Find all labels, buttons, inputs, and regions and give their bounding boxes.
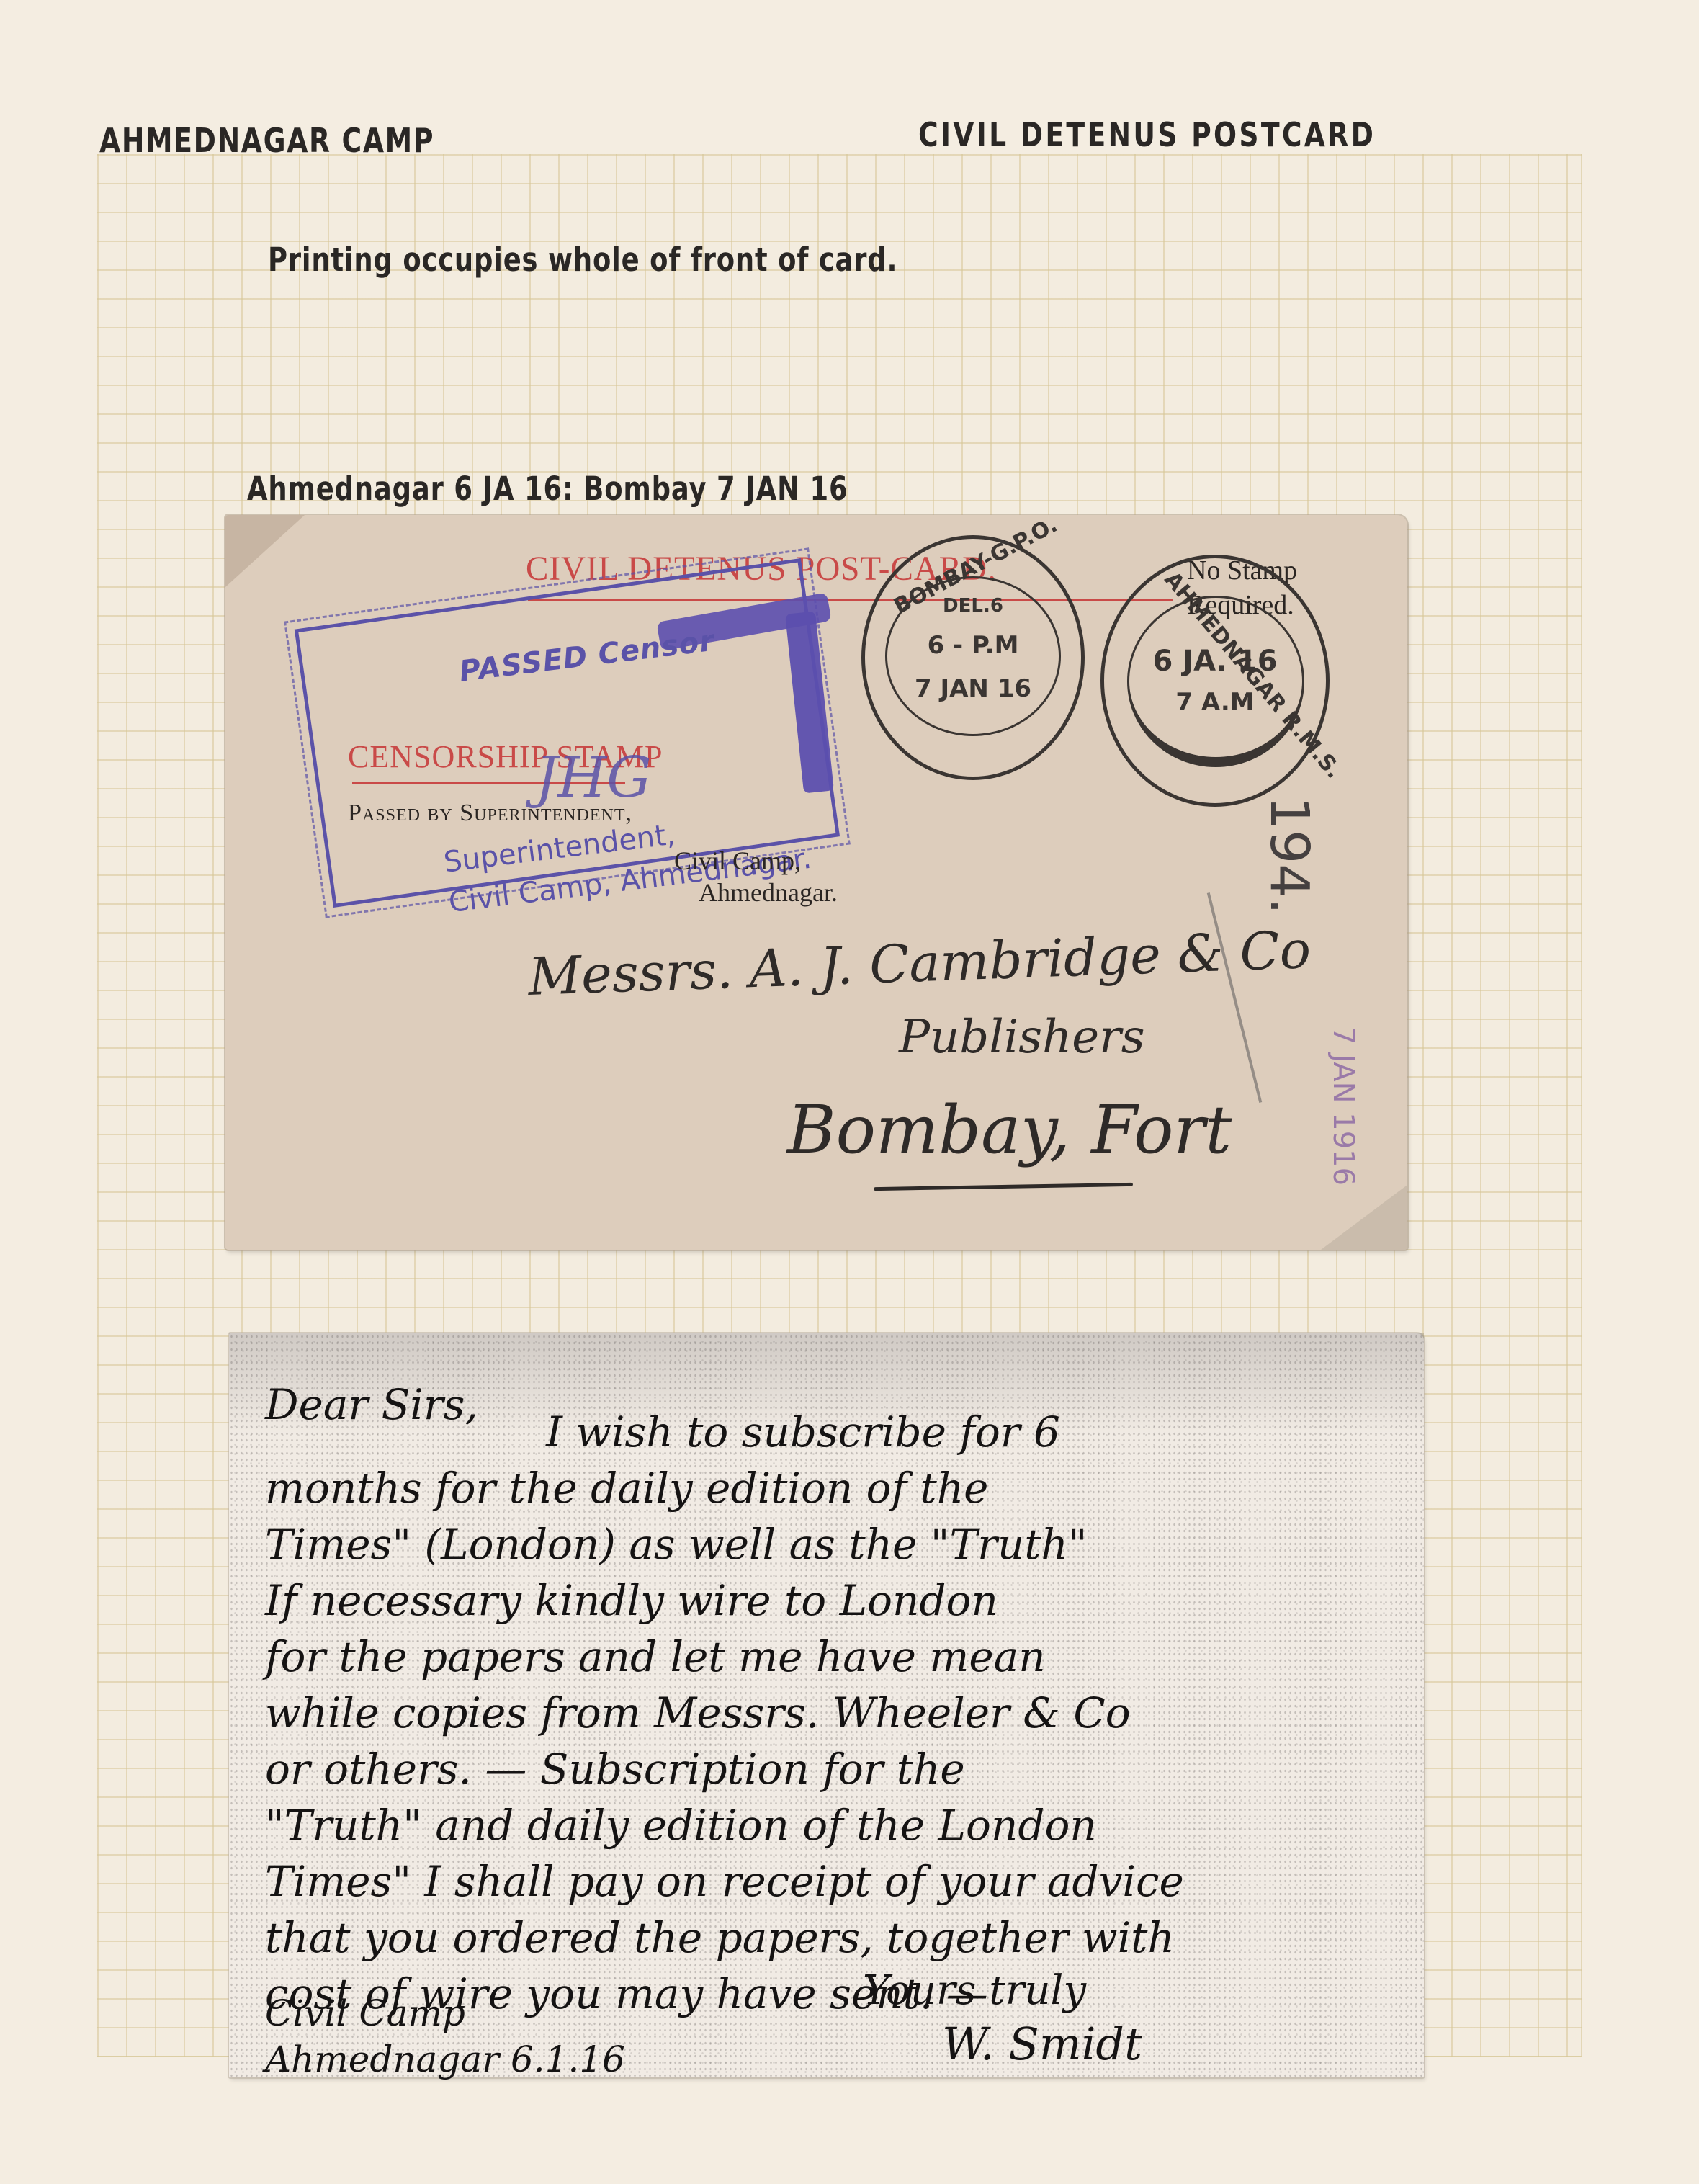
censor-initials: JHG	[535, 746, 652, 810]
postmark-date: 7 JAN 16	[865, 674, 1081, 703]
page-heading-left: AHMEDNAGAR CAMP	[99, 121, 434, 160]
subnote: Printing occupies whole of front of card…	[268, 241, 897, 279]
postmark-top: DEL.6	[865, 595, 1081, 617]
cancellation-caption: Ahmednagar 6 JA 16: Bombay 7 JAN 16	[247, 470, 848, 508]
letter-line: for the papers and let me have mean	[265, 1629, 1395, 1685]
letter-signature: W. Smidt	[942, 2018, 1142, 2070]
address-underline	[874, 1183, 1133, 1191]
postmark-bombay-icon: BOMBAY-G.P.O. DEL.6 6 - P.M 7 JAN 16	[861, 535, 1085, 780]
civil-camp-printed: Civil Camp, Ahmednagar.	[674, 845, 838, 908]
address-line-3: Bombay, Fort	[787, 1091, 1232, 1168]
postmark-date: 6 JA. 16	[1104, 645, 1326, 678]
postmark-ahmednagar-icon: AHMEDNAGAR R.M.S. 6 JA. 16 7 A.M	[1100, 555, 1330, 807]
letter-closing: Yours truly	[863, 1967, 1086, 2014]
letter-place-date: Civil Camp Ahmednagar 6.1.16	[265, 1990, 625, 2082]
letter-line: months for the daily edition of the	[265, 1460, 1395, 1516]
letter-line: If necessary kindly wire to London	[265, 1572, 1395, 1629]
postcard-front: CIVIL DETENUS POST-CARD. No Stamp Requir…	[225, 515, 1407, 1250]
mount-corner-icon	[225, 515, 305, 587]
receipt-date-stamp: 7 JAN 1916	[1327, 1026, 1360, 1186]
mount-corner-icon	[1321, 1185, 1407, 1250]
letter-line: Times" I shall pay on receipt of your ad…	[265, 1853, 1395, 1910]
postmark-time: 6 - P.M	[865, 631, 1081, 660]
letter-line: while copies from Messrs. Wheeler & Co	[265, 1685, 1395, 1741]
address-line-2: Publishers	[899, 1011, 1145, 1064]
letter-line: Times" (London) as well as the "Truth"	[265, 1516, 1395, 1572]
postcard-back: Dear Sirs, I wish to subscribe for 6 mon…	[229, 1333, 1424, 2077]
letter-line: or others. — Subscription for the	[265, 1741, 1395, 1797]
letter-line: "Truth" and daily edition of the London	[265, 1797, 1395, 1853]
postmark-time: 7 A.M	[1104, 688, 1326, 717]
letter-line: that you ordered the papers, together wi…	[265, 1910, 1395, 1966]
page-heading-right: CIVIL DETENUS POSTCARD	[918, 115, 1376, 154]
letter-body: Dear Sirs, I wish to subscribe for 6 mon…	[265, 1377, 1395, 2022]
pencil-notation: 194.	[1258, 796, 1320, 915]
address-line-1: Messrs. A. J. Cambridge & Co	[527, 919, 1312, 1007]
